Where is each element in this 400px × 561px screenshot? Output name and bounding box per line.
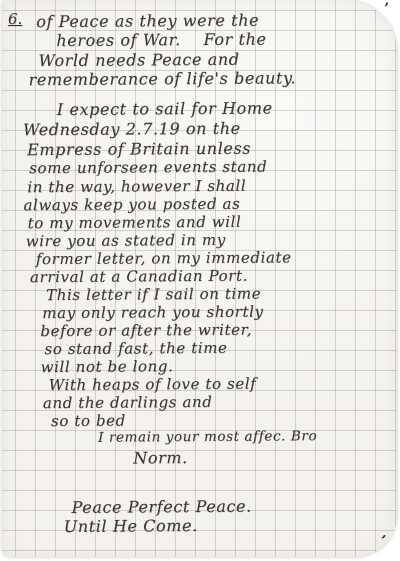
handwritten-line: This letter if I sail on time xyxy=(46,287,261,304)
handwritten-line: rememberance of life's beauty. xyxy=(29,70,297,88)
handwritten-line: so stand fast, the time xyxy=(44,341,227,357)
handwritten-line: heroes of War. For the xyxy=(56,32,266,49)
handwritten-line: wire you as stated in my xyxy=(26,233,226,249)
handwritten-line: former letter, on my immediate xyxy=(36,250,292,267)
handwritten-line: to my movements and will xyxy=(28,215,242,231)
handwritten-line: World needs Peace and xyxy=(38,52,239,69)
handwritten-line: will not be long. xyxy=(41,359,174,375)
postscript-line: Until He Come. xyxy=(64,518,198,535)
handwritten-line: I expect to sail for Home xyxy=(57,100,273,118)
handwritten-line: some unforseen events stand xyxy=(29,160,267,177)
scanned-letter-page: 6. of Peace as they were the heroes of W… xyxy=(0,0,400,561)
handwritten-line: before or after the writer, xyxy=(40,323,252,339)
handwritten-line: so to bed xyxy=(51,414,126,430)
handwriting-layer: of Peace as they were the heroes of War.… xyxy=(0,0,399,558)
pen-mark-top-right: ’ xyxy=(384,1,389,17)
handwritten-line: of Peace as they were the xyxy=(36,13,259,31)
graph-paper: 6. of Peace as they were the heroes of W… xyxy=(2,0,397,557)
handwritten-line: in the way, however I shall xyxy=(27,179,246,196)
signature: Norm. xyxy=(133,450,188,466)
handwritten-line: Wednesday 2.7.19 on the xyxy=(23,121,241,139)
handwritten-line: may only reach you shortly xyxy=(42,305,263,322)
handwritten-line: and the darlings and xyxy=(43,395,213,411)
closing-line: I remain your most affec. Bro xyxy=(98,430,317,445)
handwritten-line: With heaps of love to self xyxy=(49,377,257,393)
handwritten-line: Empress of Britain unless xyxy=(27,141,251,159)
handwritten-line: always keep you posted as xyxy=(23,197,240,214)
handwritten-line: arrival at a Canadian Port. xyxy=(30,269,248,286)
postscript-line: Peace Perfect Peace. xyxy=(72,499,252,516)
